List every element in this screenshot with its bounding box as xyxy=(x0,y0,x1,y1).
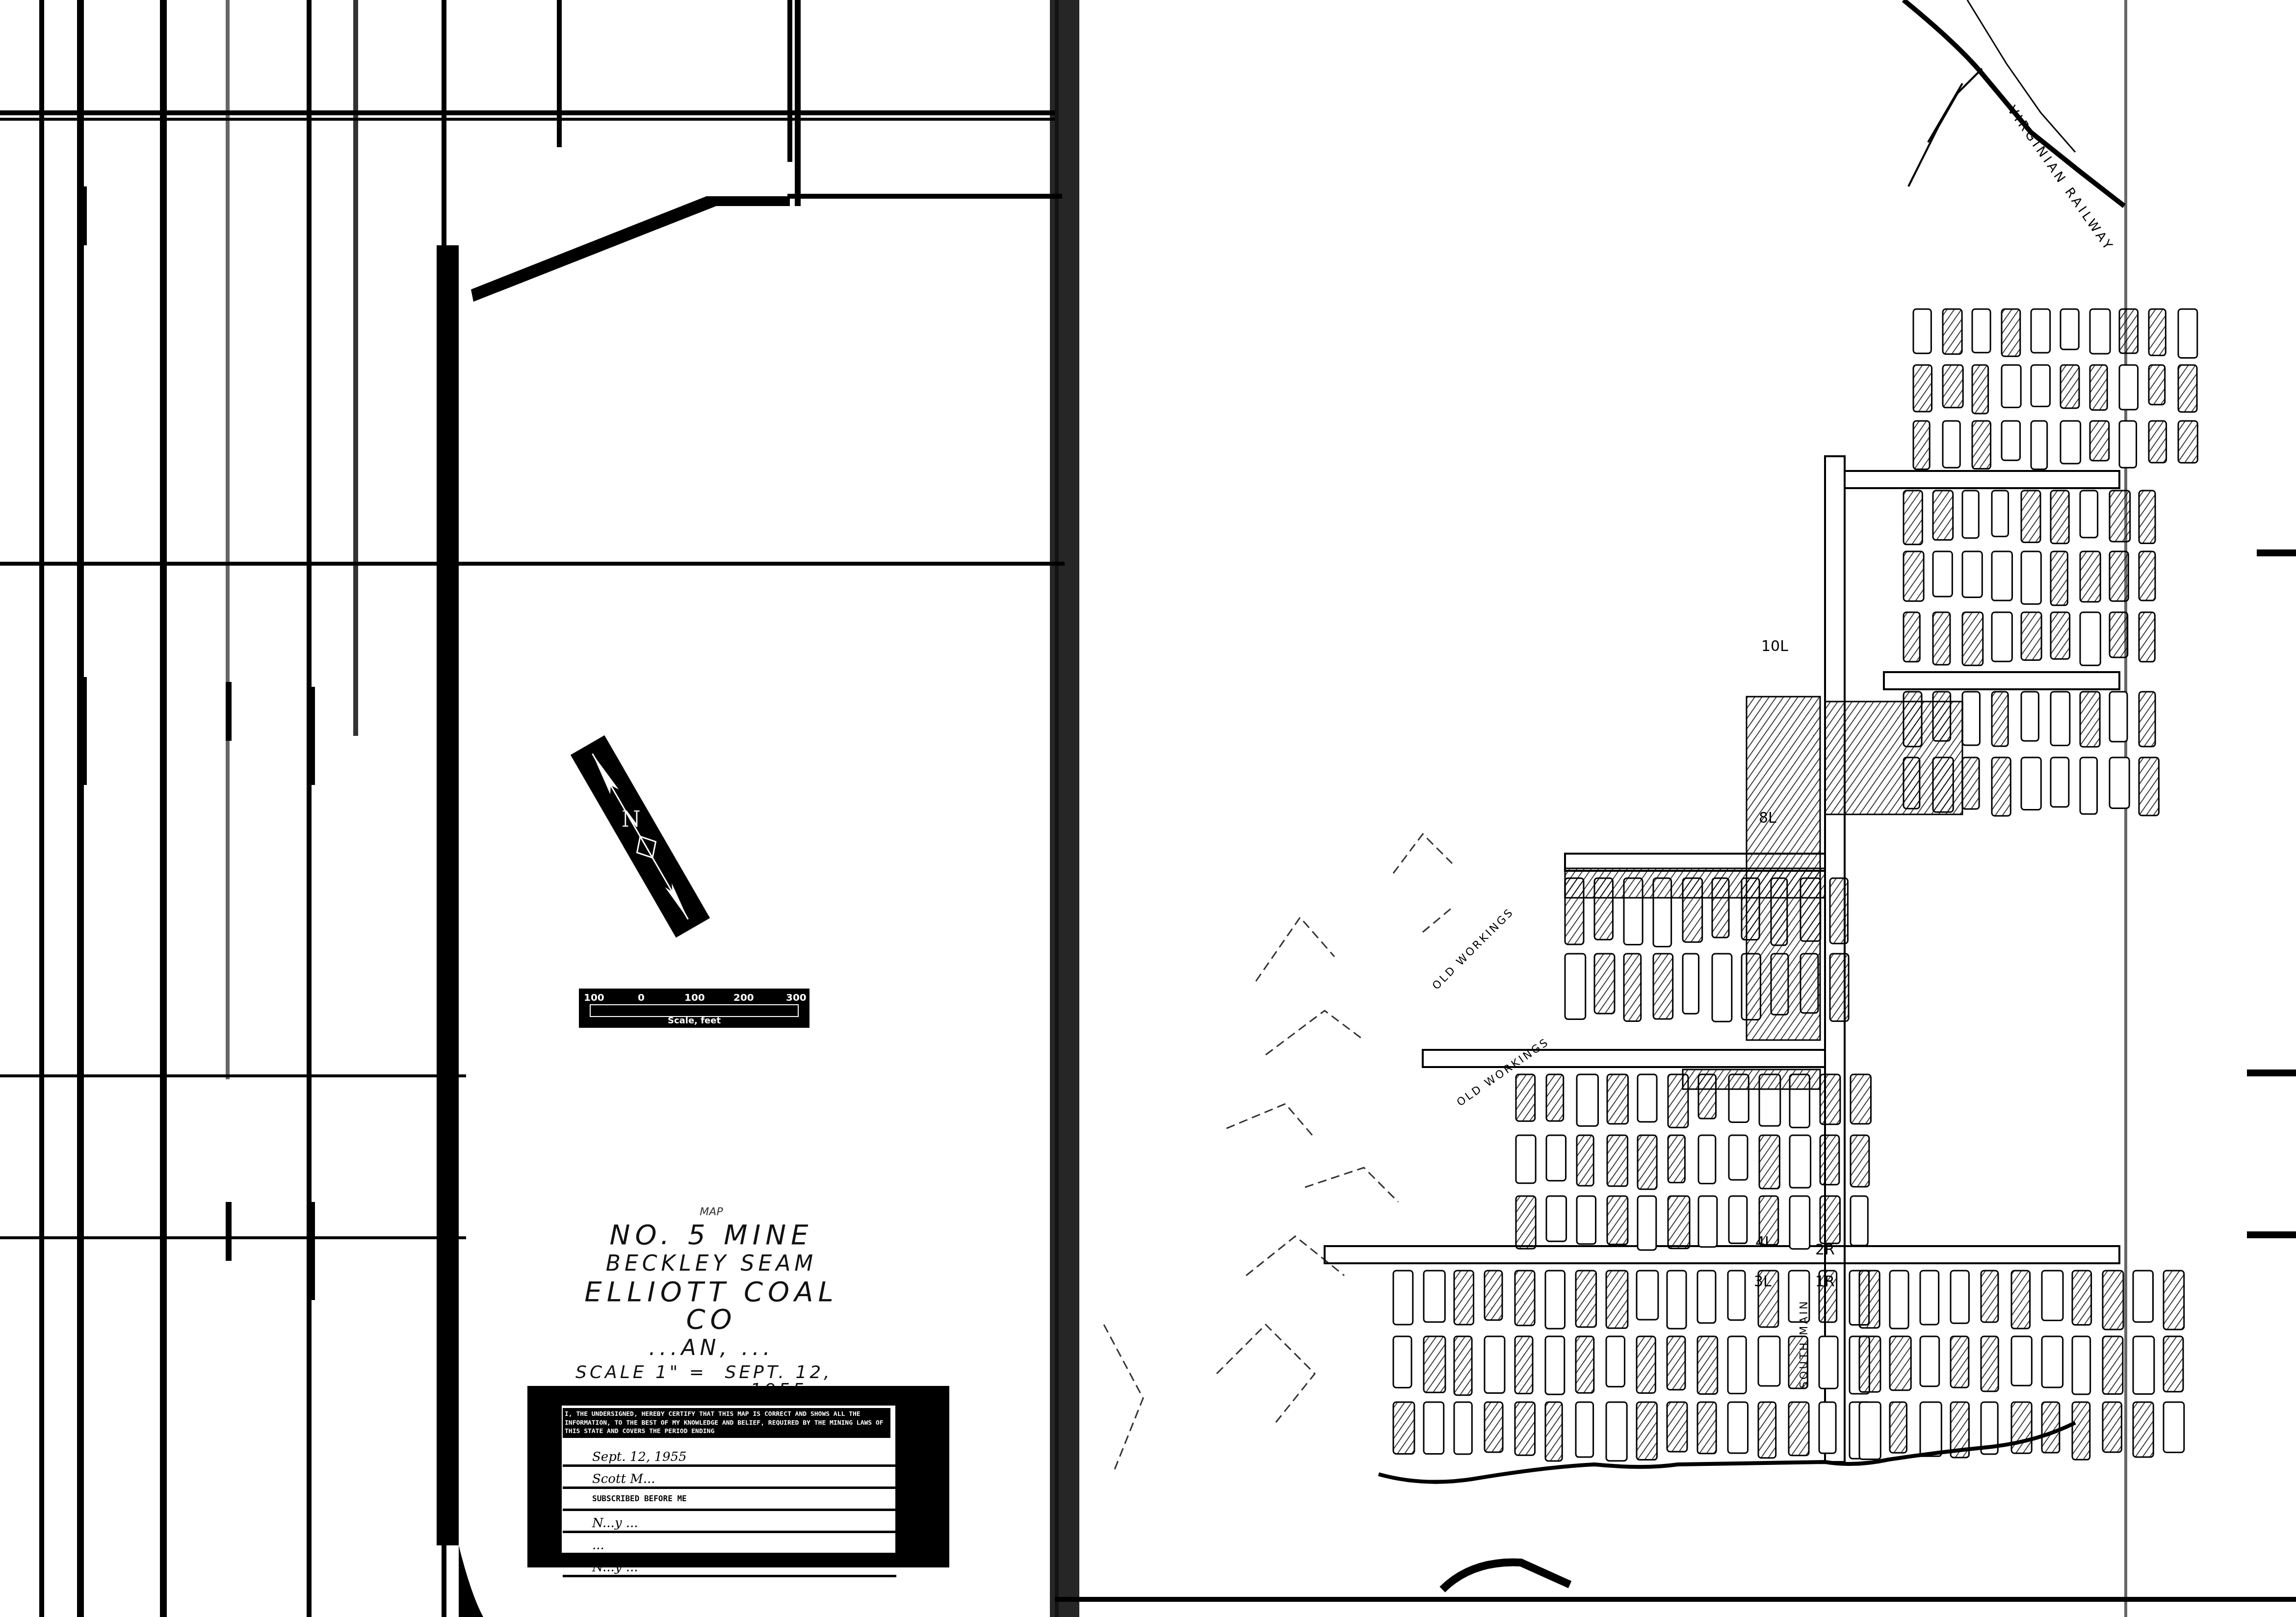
scale-tick: 100 xyxy=(684,991,705,1003)
signature-notary: N...y ... xyxy=(563,1516,896,1533)
label-entry-8L: 8L xyxy=(1759,809,1776,827)
label-south-main: SOUTH MAIN xyxy=(1798,1300,1810,1388)
signature-engineer: Scott M... xyxy=(563,1472,896,1489)
signature-witness: ... xyxy=(563,1538,896,1555)
scale-caption: Scale, feet xyxy=(579,1016,809,1026)
title-location: ...AN, ... xyxy=(574,1337,849,1359)
label-entry-3L: 3L xyxy=(1754,1273,1772,1290)
signature-final: N...y ... xyxy=(563,1560,896,1577)
certificate-text: I, THE UNDERSIGNED, HEREBY CERTIFY THAT … xyxy=(563,1408,890,1438)
north-letter: N xyxy=(622,807,641,832)
label-entry-2R: 2R xyxy=(1815,1241,1835,1258)
label-entry-4L: 4L xyxy=(1755,1234,1773,1251)
scale-ticks: 100 0 100 200 300 xyxy=(584,991,805,1003)
scale-tick: 100 xyxy=(584,991,604,1003)
title-seam: BECKLEY SEAM xyxy=(574,1253,849,1275)
title-block: MAP NO. 5 MINE BECKLEY SEAM ELLIOTT COAL… xyxy=(574,1207,849,1399)
subscribed-label: SUBSCRIBED BEFORE ME xyxy=(563,1494,896,1511)
label-entry-1R: 1R xyxy=(1815,1273,1835,1290)
title-company: ELLIOTT COAL CO xyxy=(574,1278,849,1333)
mine-map-drawing xyxy=(0,0,2296,1617)
title-map: MAP xyxy=(574,1207,849,1218)
scale-tick: 0 xyxy=(638,991,645,1003)
scale-bar: 100 0 100 200 300 Scale, feet xyxy=(579,989,809,1028)
certificate-signatures: Sept. 12, 1955 Scott M... SUBSCRIBED BEF… xyxy=(563,1450,896,1582)
scale-tick: 300 xyxy=(786,991,807,1003)
scale-tick: 200 xyxy=(733,991,754,1003)
certificate-block: I, THE UNDERSIGNED, HEREBY CERTIFY THAT … xyxy=(527,1386,949,1567)
label-entry-10L: 10L xyxy=(1761,638,1788,655)
certificate-date: Sept. 12, 1955 xyxy=(563,1450,896,1467)
title-mine: NO. 5 MINE xyxy=(574,1222,849,1249)
